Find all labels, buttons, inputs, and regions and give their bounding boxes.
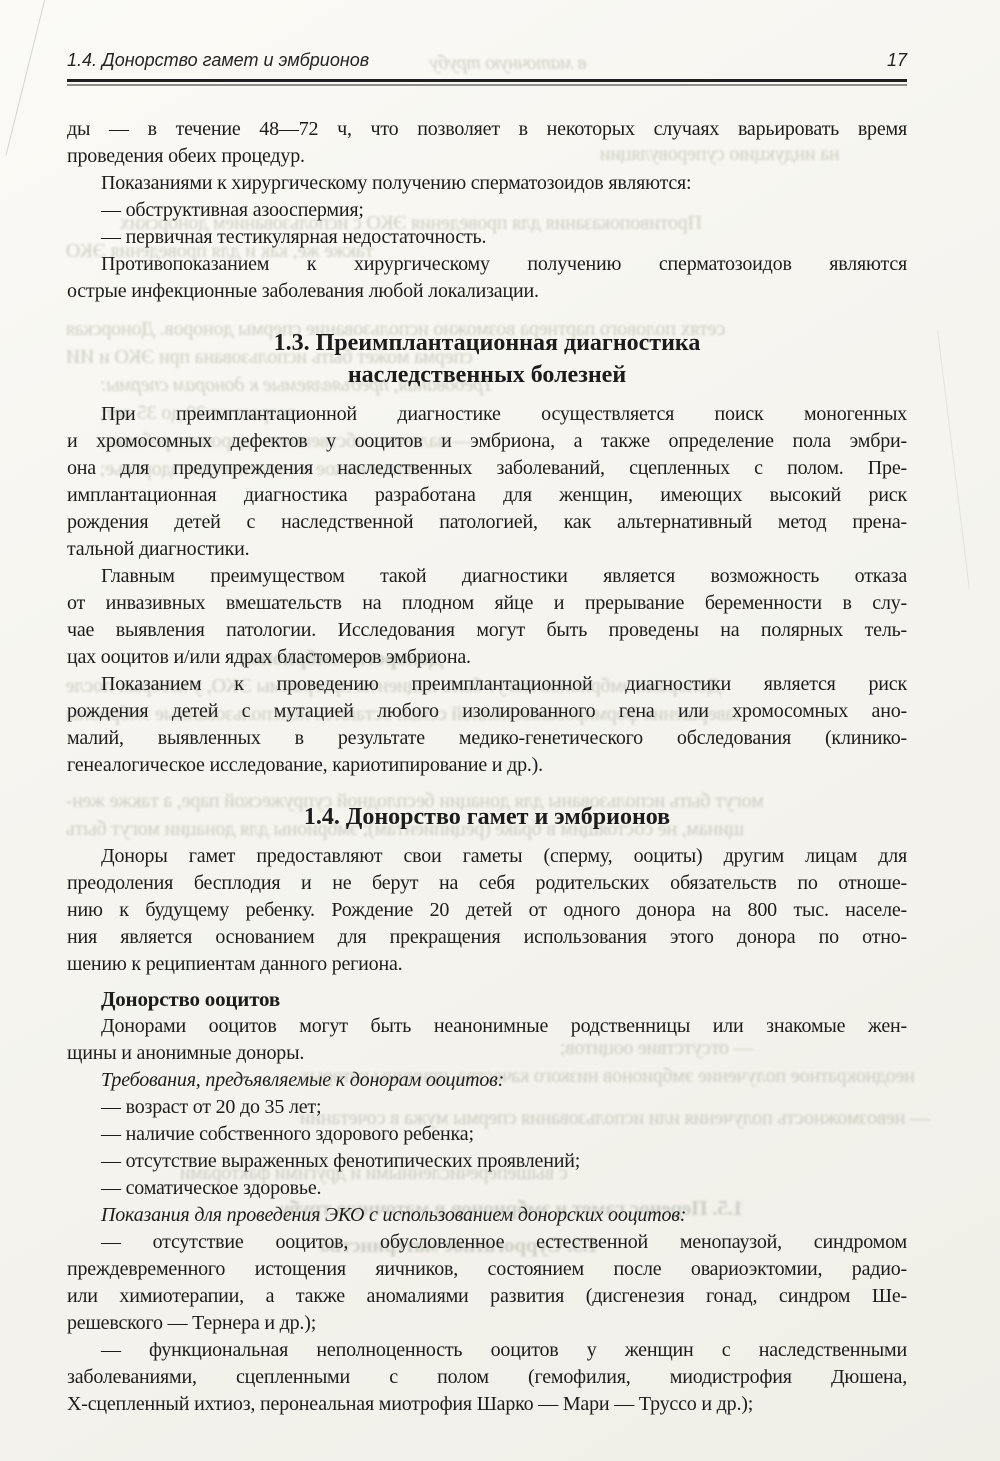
text-line: шению к реципиентам данного региона. [67,951,907,978]
text-line: Доноры гамет предоставляют свои гаметы (… [67,843,907,870]
text-line: от инвазивных вмешательств на плодном яй… [67,590,907,617]
text-line: генеалогическое исследование, кариотипир… [67,752,907,779]
text-line: или химиотерапии, а также аномалиями раз… [67,1283,907,1310]
running-header: 1.4. Донорство гамет и эмбрионов 17 [67,50,907,71]
heading-line: 1.3. Преимплантационная диагностика [67,327,907,359]
text-line: и хромосомных дефектов у ооцитов и эмбри… [67,428,907,455]
text-line: ды — в течение 48—72 ч, что позволяет в … [67,116,907,143]
section-heading: 1.4. Донорство гамет и эмбрионов [67,801,907,833]
paragraph: ды — в течение 48—72 ч, что позволяет в … [67,116,907,170]
running-header-title: 1.4. Донорство гамет и эмбрионов [67,50,369,71]
paragraph: Показанием к проведению преимплантационн… [67,671,907,779]
text-line: нию к будущему ребенку. Рождение 20 дете… [67,897,907,924]
text-line: чае выявления патологии. Исследования мо… [67,617,907,644]
text-line: — отсутствие ооцитов, обусловленное есте… [67,1229,907,1256]
text-line: Требования, предъявляемые к донорам ооци… [67,1067,907,1094]
paragraph: Показаниями к хирургическому получению с… [67,170,907,197]
text-line: тальной диагностики. [67,536,907,563]
paragraph: — отсутствие выраженных фенотипических п… [67,1148,907,1175]
text-line: имплантационная диагностика разработана … [67,482,907,509]
text-line: преодоления бесплодия и не берут на себя… [67,870,907,897]
text-line: Донорами ооцитов могут быть неанонимные … [67,1013,907,1040]
paragraph: Главным преимуществом такой диагностики … [67,563,907,671]
text-line: — отсутствие выраженных фенотипических п… [67,1148,907,1175]
text-line: рождения детей с наследственной патологи… [67,509,907,536]
text-line: Главным преимуществом такой диагностики … [67,563,907,590]
text-line: ния является основанием для прекращения … [67,924,907,951]
paragraph: — обструктивная азооспермия; [67,197,907,224]
text-line: Показания для проведения ЭКО с использов… [67,1202,907,1229]
text-line: рождения детей с мутацией любого изолиро… [67,698,907,725]
text-line: — соматическое здоровье. [67,1175,907,1202]
text-line: — первичная тестикулярная недостаточност… [67,224,907,251]
paragraph: Донорами ооцитов могут быть неанонимные … [67,1013,907,1067]
paragraph: — соматическое здоровье. [67,1175,907,1202]
text-line: — обструктивная азооспермия; [67,197,907,224]
text-line: проведения обеих процедур. [67,143,907,170]
paragraph: При преимплантационной диагностике осуще… [67,401,907,563]
paragraph: — функциональная неполноценность ооцитов… [67,1337,907,1418]
text-line: заболеваниями, сцепленными с полом (гемо… [67,1364,907,1391]
header-rule [67,79,907,82]
text-line: решевского — Тернера и др.); [67,1310,907,1337]
paragraph: — возраст от 20 до 35 лет; [67,1094,907,1121]
heading-line: наследственных болезней [67,359,907,391]
text-line: преждевременного истощения яичников, сос… [67,1256,907,1283]
text-line: малий, выявленных в результате медико-ге… [67,725,907,752]
text-line: цах ооцитов и/или ядрах бластомеров эмбр… [67,644,907,671]
text-line: щины и анонимные доноры. [67,1040,907,1067]
page-content: ды — в течение 48—72 ч, что позволяет в … [67,116,907,1418]
paragraph: — первичная тестикулярная недостаточност… [67,224,907,251]
paragraph: Доноры гамет предоставляют свои гаметы (… [67,843,907,978]
paragraph: Требования, предъявляемые к донорам ооци… [67,1067,907,1094]
text-line: Противопоказанием к хирургическому получ… [67,251,907,278]
text-line: — возраст от 20 до 35 лет; [67,1094,907,1121]
heading-line: 1.4. Донорство гамет и эмбрионов [67,801,907,833]
text-line: При преимплантационной диагностике осуще… [67,401,907,428]
subsection-heading: Донорство ооцитов [67,986,907,1013]
section-heading: 1.3. Преимплантационная диагностиканасле… [67,327,907,391]
text-line: Показанием к проведению преимплантационн… [67,671,907,698]
paragraph: — отсутствие ооцитов, обусловленное есте… [67,1229,907,1337]
scanned-book-page: в маточную трубуна индукцию суперовуляци… [0,0,1000,1461]
text-line: острые инфекционные заболевания любой ло… [67,278,907,305]
paragraph: — наличие собственного здорового ребенка… [67,1121,907,1148]
text-line: она для предупреждения наследственных за… [67,455,907,482]
text-line: Показаниями к хирургическому получению с… [67,170,907,197]
text-line: Х-сцепленный ихтиоз, перонеальная миотро… [67,1391,907,1418]
page-number: 17 [887,50,907,71]
paragraph: Показания для проведения ЭКО с использов… [67,1202,907,1229]
text-line: — функциональная неполноценность ооцитов… [67,1337,907,1364]
paragraph: Противопоказанием к хирургическому получ… [67,251,907,305]
text-line: — наличие собственного здорового ребенка… [67,1121,907,1148]
